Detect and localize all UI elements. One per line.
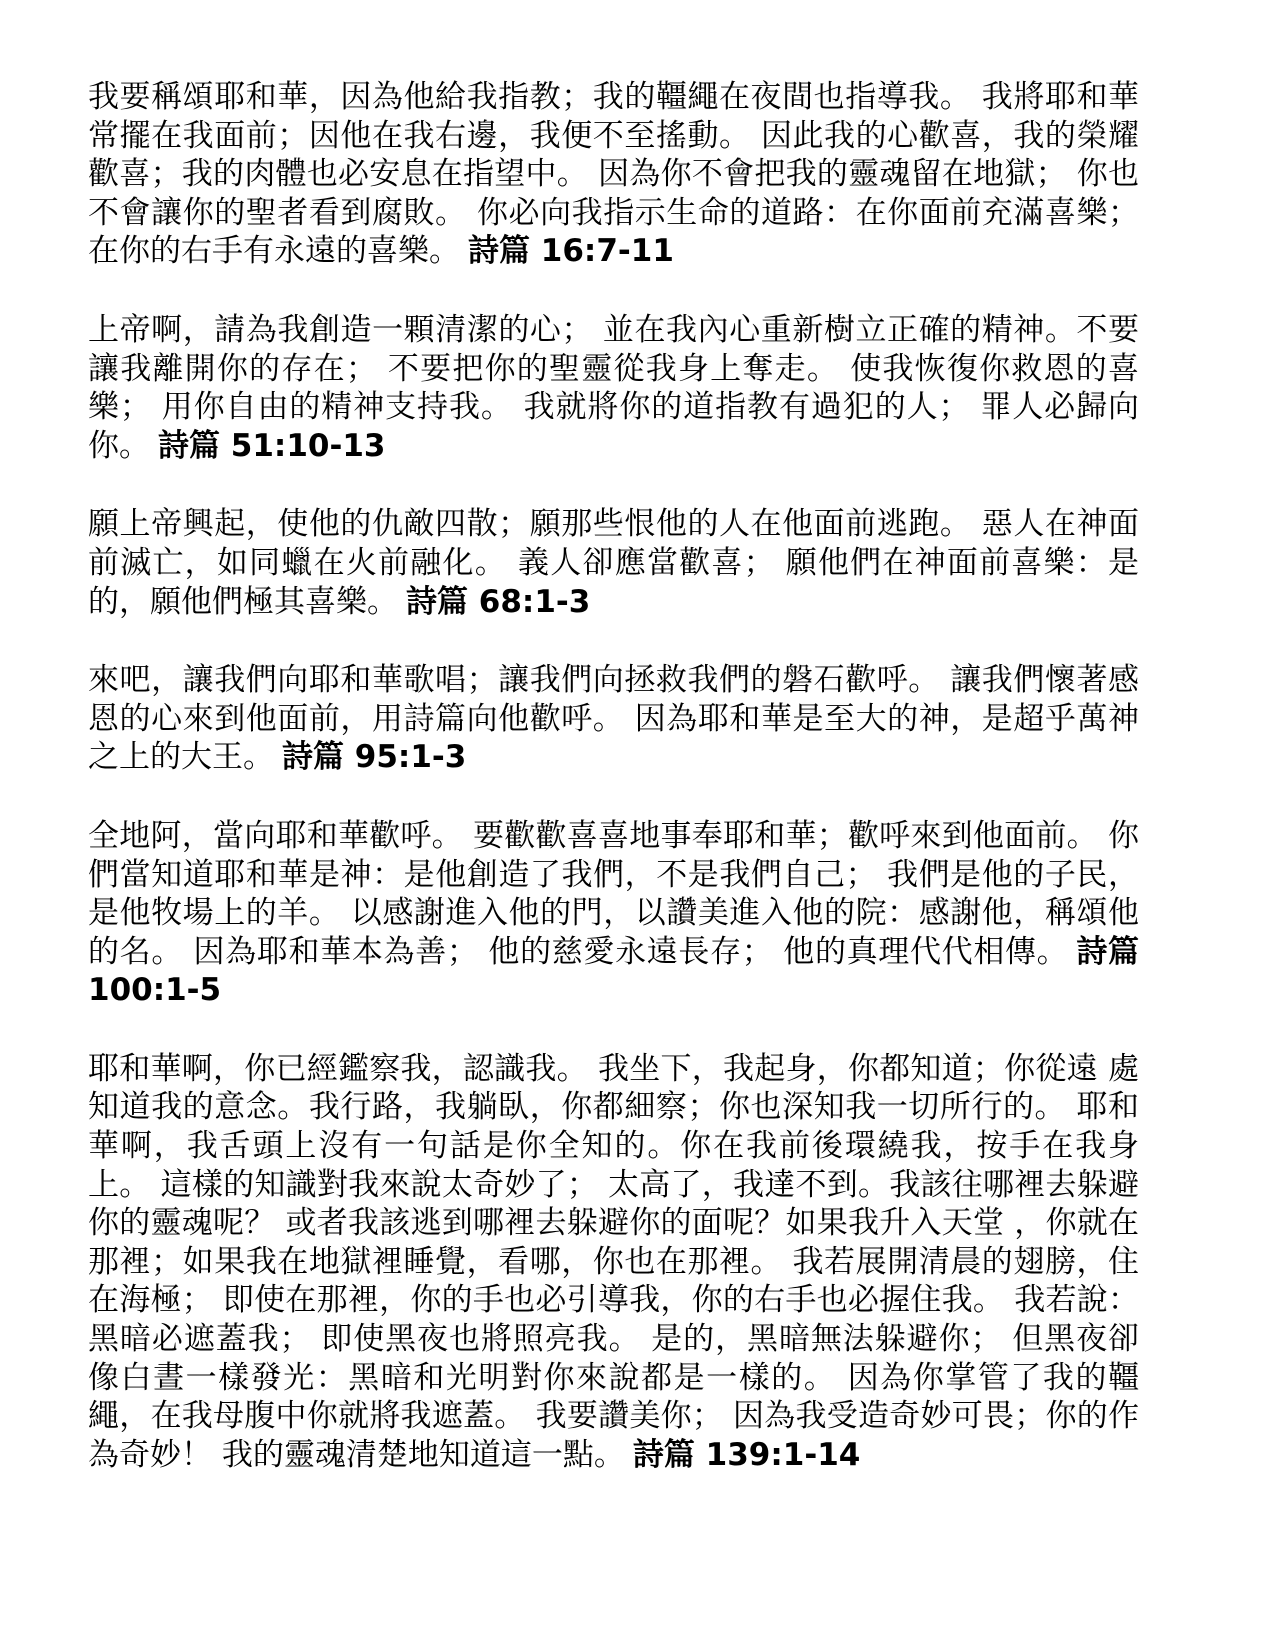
passage-text: 全地阿，當向耶和華歡呼。 要歡歡喜喜地事奉耶和華；歡呼來到他面前。 你們當知道耶… (88, 818, 1139, 970)
passage-reference: 詩篇 16:7-11 (468, 233, 674, 269)
passage-text: 願上帝興起，使他的仇敵四散；願那些恨他的人在他面前逃跑。 惡人在神面前滅亡，如同… (88, 506, 1139, 619)
passage-reference: 詩篇 139:1-14 (633, 1437, 860, 1473)
passage-reference: 詩篇 51:10-13 (158, 428, 385, 464)
document-page: 我要稱頌耶和華，因為他給我指教；我的韁繩在夜間也指導我。 我將耶和華常擺在我面前… (0, 0, 1279, 1652)
passage-psalm-51: 上帝啊，請為我創造一顆清潔的心； 並在我內心重新樹立正確的精神。不要讓我離開你的… (88, 311, 1139, 465)
passage-psalm-139: 耶和華啊，你已經鑑察我，認識我。 我坐下，我起身，你都知道；你從遠 處知道我的意… (88, 1050, 1139, 1475)
passage-reference: 詩篇 68:1-3 (406, 584, 590, 620)
passage-text: 耶和華啊，你已經鑑察我，認識我。 我坐下，我起身，你都知道；你從遠 處知道我的意… (88, 1051, 1139, 1473)
passage-psalm-95: 來吧，讓我們向耶和華歌唱；讓我們向拯救我們的磐石歡呼。 讓我們懷著感恩的心來到他… (88, 661, 1139, 777)
passage-reference: 詩篇 95:1-3 (282, 739, 466, 775)
passage-psalm-100: 全地阿，當向耶和華歡呼。 要歡歡喜喜地事奉耶和華；歡呼來到他面前。 你們當知道耶… (88, 817, 1139, 1010)
passage-text: 來吧，讓我們向耶和華歌唱；讓我們向拯救我們的磐石歡呼。 讓我們懷著感恩的心來到他… (88, 662, 1139, 775)
passage-psalm-16: 我要稱頌耶和華，因為他給我指教；我的韁繩在夜間也指導我。 我將耶和華常擺在我面前… (88, 78, 1139, 271)
passage-psalm-68: 願上帝興起，使他的仇敵四散；願那些恨他的人在他面前逃跑。 惡人在神面前滅亡，如同… (88, 505, 1139, 621)
